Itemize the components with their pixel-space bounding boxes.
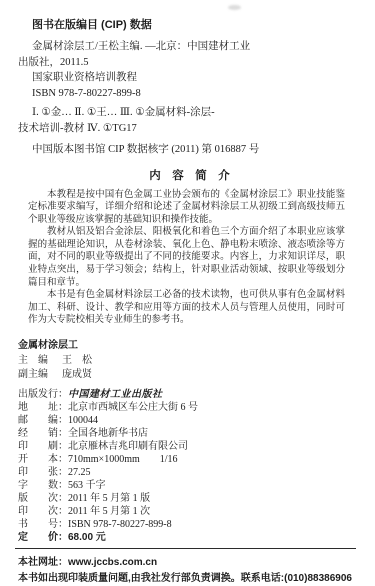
colophon-row-price: 定 价：68.00 元 bbox=[18, 531, 361, 544]
cip-line: 出版社，2011.5 bbox=[18, 55, 361, 71]
colophon-label: 出版发行： bbox=[18, 388, 68, 401]
colophon-label: 版 次： bbox=[18, 492, 68, 505]
copyright-page: 图书在版编目 (CIP) 数据 金属材涂层工/王松主编. —北京：中国建材工业 … bbox=[0, 0, 375, 586]
colophon-label: 经 销： bbox=[18, 427, 68, 440]
publisher-logo-text: 中国建材工业出版社 bbox=[68, 389, 163, 400]
deputy-editor-name: 庞成贤 bbox=[62, 369, 92, 380]
colophon-row-edition: 版 次：2011 年 5 月第 1 版 bbox=[18, 492, 361, 505]
footer-section: 本社网址：www.jccbs.com.cn 本书如出现印装质量问题,由我社发行部… bbox=[18, 555, 361, 586]
colophon-label: 邮 编： bbox=[18, 414, 68, 427]
colophon-value: 563 千字 bbox=[68, 480, 106, 491]
chief-editor-label: 主 编 bbox=[18, 354, 62, 369]
title-editors-block: 金属材涂层工 主 编王 松 副主编庞成贤 bbox=[18, 339, 361, 383]
price-value: 68.00 元 bbox=[68, 532, 106, 543]
summary-paragraph: 本教程是按中国有色金属工业协会颁布的《金属材涂层工》职业技能鉴定标准要求编写，详… bbox=[28, 189, 345, 227]
colophon-value: 710mm×1000mm 1/16 bbox=[68, 454, 178, 465]
cip-line: 金属材涂层工/王松主编. —北京：中国建材工业 bbox=[18, 39, 361, 55]
scan-smudge-artifact bbox=[228, 5, 241, 10]
colophon-value: 2011 年 5 月第 1 次 bbox=[68, 506, 150, 517]
cip-registration-line: 中国版本图书馆 CIP 数据核字 (2011) 第 016887 号 bbox=[18, 142, 361, 158]
colophon-value: 27.25 bbox=[68, 467, 91, 478]
colophon-label: 印 刷： bbox=[18, 440, 68, 453]
colophon-label: 印 张： bbox=[18, 466, 68, 479]
footer-website-line: 本社网址：www.jccbs.com.cn bbox=[18, 555, 361, 572]
cip-line: 国家职业资格培训教程 bbox=[18, 70, 361, 86]
colophon-value: ISBN 978-7-80227-899-8 bbox=[68, 519, 172, 530]
summary-section: 内 容 简 介 本教程是按中国有色金属工业协会颁布的《金属材涂层工》职业技能鉴定… bbox=[18, 169, 361, 328]
cip-section: 图书在版编目 (CIP) 数据 金属材涂层工/王松主编. —北京：中国建材工业 … bbox=[18, 18, 361, 158]
footer-notice-line: 本书如出现印装质量问题,由我社发行部负责调换。联系电话:(010)8838690… bbox=[18, 571, 361, 586]
chief-editor-name: 王 松 bbox=[62, 355, 92, 366]
colophon-label: 书 号： bbox=[18, 518, 68, 531]
colophon-value: 北京雁林吉兆印刷有限公司 bbox=[68, 441, 188, 452]
summary-paragraph: 本书是有色金属材料涂层工必备的技术读物，也可供从事有色金属材料加工、科研、设计、… bbox=[28, 289, 345, 327]
colophon-label: 定 价： bbox=[18, 531, 68, 544]
colophon-label: 印 次： bbox=[18, 505, 68, 518]
colophon-label: 地 址： bbox=[18, 401, 68, 414]
book-title: 金属材涂层工 bbox=[18, 339, 361, 354]
colophon-row-postcode: 邮 编：100044 bbox=[18, 414, 361, 427]
colophon-row-address: 地 址：北京市西城区车公庄大街 6 号 bbox=[18, 401, 361, 414]
summary-paragraphs: 本教程是按中国有色金属工业协会颁布的《金属材涂层工》职业技能鉴定标准要求编写，详… bbox=[28, 189, 345, 328]
colophon-value: 北京市西城区车公庄大街 6 号 bbox=[68, 402, 198, 413]
cip-classification-line: Ⅰ. ①金… Ⅱ. ①王… Ⅲ. ①金属材料-涂层- bbox=[18, 105, 361, 121]
colophon-row-distribution: 经 销：全国各地新华书店 bbox=[18, 427, 361, 440]
colophon-row-format: 开 本：710mm×1000mm 1/16 bbox=[18, 453, 361, 466]
cip-lines: 金属材涂层工/王松主编. —北京：中国建材工业 出版社，2011.5 国家职业资… bbox=[18, 39, 361, 158]
colophon-value: 2011 年 5 月第 1 版 bbox=[68, 493, 150, 504]
divider-rule bbox=[15, 548, 356, 549]
colophon-label: 开 本： bbox=[18, 453, 68, 466]
summary-heading: 内 容 简 介 bbox=[18, 169, 361, 183]
colophon-label: 字 数： bbox=[18, 479, 68, 492]
deputy-editor-label: 副主编 bbox=[18, 368, 62, 383]
colophon-row-printer: 印 刷：北京雁林吉兆印刷有限公司 bbox=[18, 440, 361, 453]
colophon-value: 100044 bbox=[68, 415, 98, 426]
editor-row: 主 编王 松 bbox=[18, 354, 361, 369]
colophon-row-sheets: 印 张：27.25 bbox=[18, 466, 361, 479]
cip-header: 图书在版编目 (CIP) 数据 bbox=[32, 18, 361, 32]
editor-row: 副主编庞成贤 bbox=[18, 368, 361, 383]
colophon-row-isbn: 书 号：ISBN 978-7-80227-899-8 bbox=[18, 518, 361, 531]
cip-line: ISBN 978-7-80227-899-8 bbox=[18, 86, 361, 102]
colophon-row-printing: 印 次：2011 年 5 月第 1 次 bbox=[18, 505, 361, 518]
colophon-row-wordcount: 字 数：563 千字 bbox=[18, 479, 361, 492]
summary-paragraph: 教材从铝及铝合金涂层、阳极氧化和着色三个方面介绍了本职业应该掌握的基础理论知识，… bbox=[28, 226, 345, 289]
colophon-row-publisher: 出版发行：中国建材工业出版社 bbox=[18, 388, 361, 401]
cip-classification-line: 技术培训-教材 Ⅳ. ①TG17 bbox=[18, 121, 361, 137]
colophon-section: 出版发行：中国建材工业出版社 地 址：北京市西城区车公庄大街 6 号 邮 编：1… bbox=[18, 388, 361, 544]
colophon-value: 全国各地新华书店 bbox=[68, 428, 148, 439]
